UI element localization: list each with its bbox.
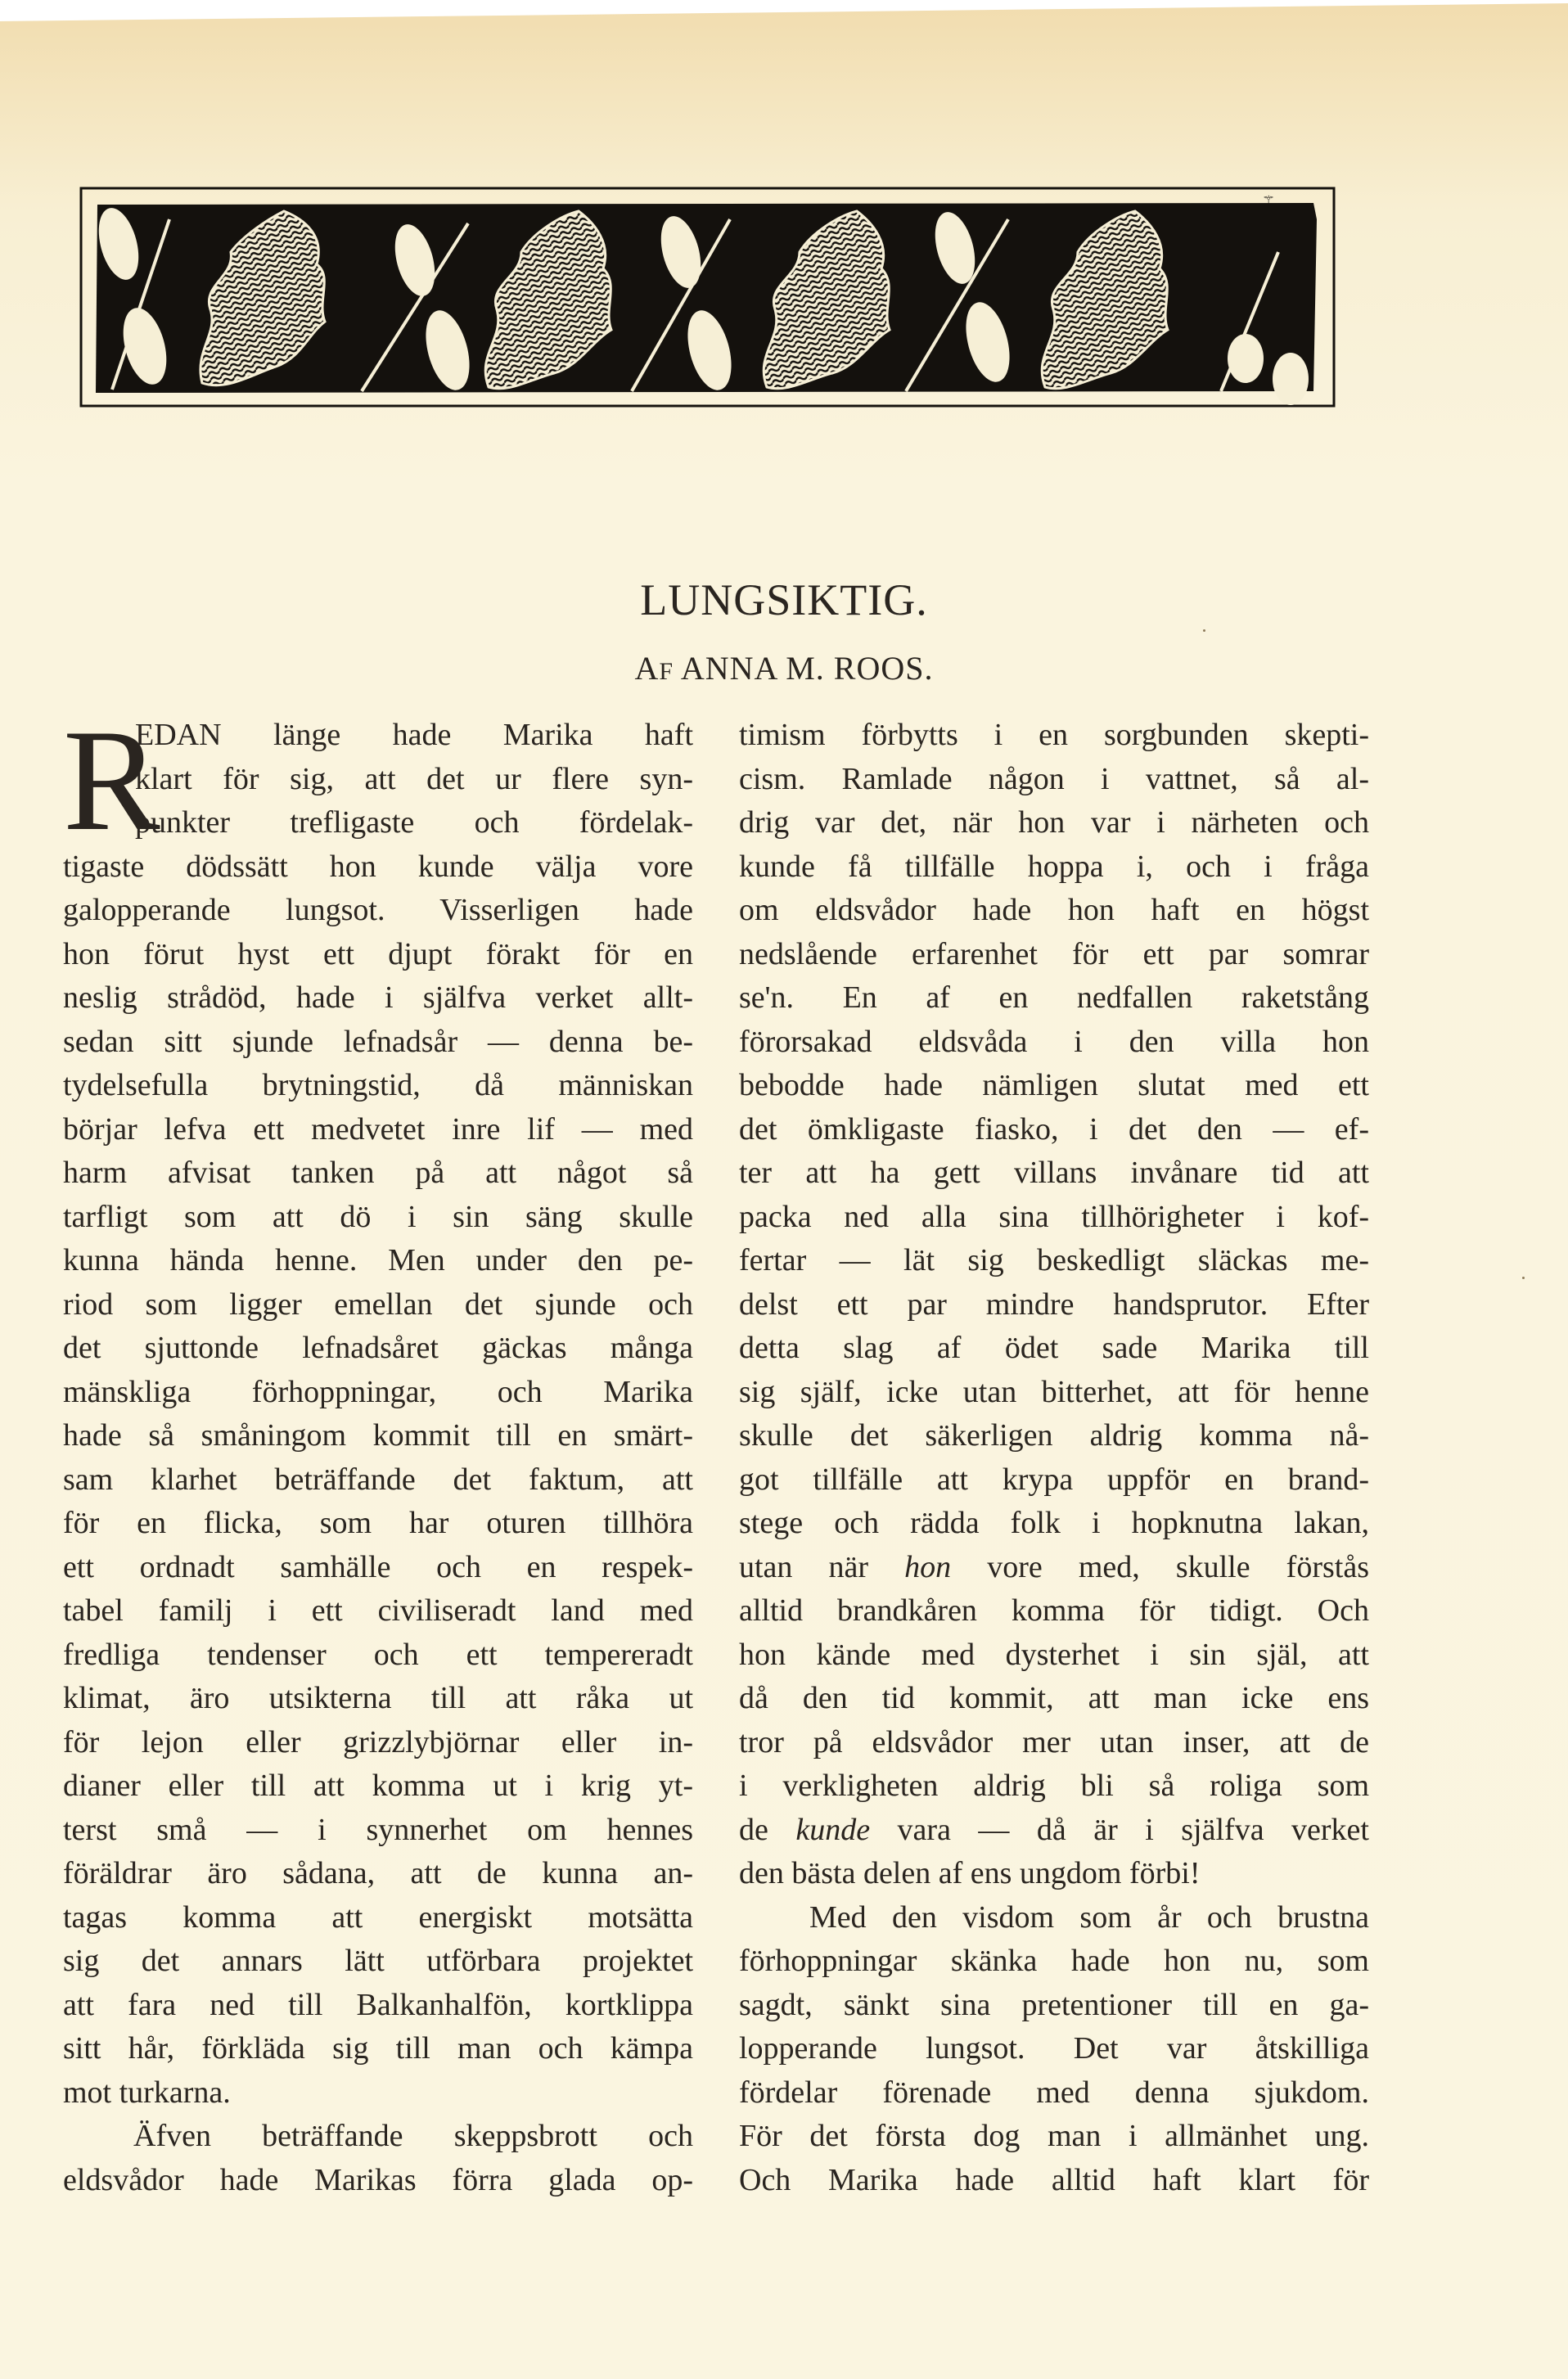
text-line: tydelsefulla brytningstid, då människan — [63, 1064, 693, 1108]
text-line: neslig strådöd, hade i själfva verket al… — [63, 976, 693, 1021]
text-line: stege och rädda folk i hopknutna lakan, — [739, 1502, 1369, 1546]
text-line: utan när hon vore med, skulle förstås — [739, 1546, 1369, 1590]
text-line: förorsakad eldsvåda i den villa hon — [739, 1021, 1369, 1065]
text-line: skulle det säkerligen aldrig komma nå- — [739, 1414, 1369, 1458]
text-line: om eldsvådor hade hon haft en högst — [739, 889, 1369, 933]
article-title: LUNGSIKTIG. — [0, 578, 1568, 622]
text-line: lopperande lungsot. Det var åtskilliga — [739, 2027, 1369, 2071]
emphasized-word: hon — [904, 1550, 951, 1584]
text-line: dianer eller till att komma ut i krig yt… — [63, 1764, 693, 1809]
text-line: fredliga tendenser och ett tempereradt — [63, 1633, 693, 1678]
text-line: hon kände med dysterhet i sin själ, att — [739, 1633, 1369, 1678]
text-line: hade så småningom kommit till en smärt- — [63, 1414, 693, 1458]
text-line: ett ordnadt samhälle och en respek- — [63, 1546, 693, 1590]
left-column: R EDAN länge hade Marika haftklart för s… — [63, 714, 693, 2202]
byline-prefix-rest: F — [659, 658, 674, 685]
text-line: timism förbytts i en sorgbunden skepti- — [739, 714, 1369, 758]
right-column: timism förbytts i en sorgbunden skepti-c… — [739, 714, 1369, 2202]
text-line: got tillfälle att krypa uppför en brand- — [739, 1458, 1369, 1503]
ornament-illustration-icon: ⚚ — [79, 187, 1336, 408]
text-line: det ömkligaste fiasko, i det den — ef- — [739, 1108, 1369, 1152]
text-line: sedan sitt sjunde lefnadsår — denna be- — [63, 1021, 693, 1065]
text-line: se'n. En af en nedfallen raketstång — [739, 976, 1369, 1021]
text-line: eldsvådor hade Marikas förra glada op- — [63, 2159, 693, 2203]
text-line: alltid brandkåren komma för tidigt. Och — [739, 1589, 1369, 1633]
paper-speck — [1522, 1277, 1525, 1279]
text-line: kunde få tillfälle hoppa i, och i fråga — [739, 845, 1369, 890]
right-column-lines: timism förbytts i en sorgbunden skepti-c… — [739, 714, 1369, 2202]
text-line: sitt hår, förkläda sig till man och kämp… — [63, 2027, 693, 2071]
text-line: sagdt, sänkt sina pretentioner till en g… — [739, 1984, 1369, 2028]
text-line: sam klarhet beträffande det faktum, att — [63, 1458, 693, 1503]
text-line: Äfven beträffande skeppsbrott och — [63, 2115, 693, 2159]
text-line: klimat, äro utsikterna till att råka ut — [63, 1677, 693, 1721]
text-line: för lejon eller grizzlybjörnar eller in- — [63, 1721, 693, 1765]
text-line: Med den visdom som år och brustna — [739, 1896, 1369, 1940]
paper-speck — [1203, 629, 1205, 632]
article-byline: AF ANNA M. ROOS. — [0, 652, 1568, 685]
text-line: förhoppningar skänka hade hon nu, som — [739, 1940, 1369, 1984]
drop-cap: R — [63, 719, 160, 841]
text-line: de kunde vara — då är i själfva verket — [739, 1809, 1369, 1853]
text-line: för en flicka, som har oturen tillhöra — [63, 1502, 693, 1546]
text-line: sig det annars lätt utförbara projektet — [63, 1940, 693, 1984]
text-line: börjar lefva ett medvetet inre lif — med — [63, 1108, 693, 1152]
text-line: drig var det, när hon var i närheten och — [739, 801, 1369, 845]
text-line: tarfligt som att dö i sin säng skulle — [63, 1196, 693, 1240]
left-column-lines: EDAN länge hade Marika haftklart för sig… — [63, 714, 693, 2202]
text-line: då den tid kommit, att man icke ens — [739, 1677, 1369, 1721]
text-line: För det första dog man i allmänhet ung. — [739, 2115, 1369, 2159]
text-line: det sjuttonde lefnadsåret gäckas många — [63, 1327, 693, 1371]
text-line: cism. Ramlade någon i vattnet, så al- — [739, 758, 1369, 802]
byline-prefix: A — [635, 650, 660, 687]
text-line: fördelar förenade med denna sjukdom. — [739, 2071, 1369, 2115]
text-line: föräldrar äro sådana, att de kunna an- — [63, 1852, 693, 1896]
text-line: tagas komma att energiskt motsätta — [63, 1896, 693, 1940]
ornament-monogram-icon: ⚚ — [1262, 193, 1275, 210]
acorn-oak-leaf-banner: ⚚ — [79, 187, 1336, 408]
text-line: att fara ned till Balkanhalfön, kortklip… — [63, 1984, 693, 2028]
byline-author: ANNA M. ROOS. — [681, 650, 934, 687]
text-line: sig själf, icke utan bitterhet, att för … — [739, 1371, 1369, 1415]
text-line: ter att ha gett villans invånare tid att — [739, 1151, 1369, 1196]
text-line: i verkligheten aldrig bli så roliga som — [739, 1764, 1369, 1809]
text-line: delst ett par mindre handsprutor. Efter — [739, 1283, 1369, 1327]
text-line: kunna hända henne. Men under den pe- — [63, 1239, 693, 1283]
text-line: harm afvisat tanken på att något så — [63, 1151, 693, 1196]
text-line: tabel familj i ett civiliseradt land med — [63, 1589, 693, 1633]
text-line: fertar — lät sig beskedligt släckas me- — [739, 1239, 1369, 1283]
text-line: packa ned alla sina tillhörigheter i kof… — [739, 1196, 1369, 1240]
text-line: Och Marika hade alltid haft klart för — [739, 2159, 1369, 2203]
text-line: galopperande lungsot. Visserligen hade — [63, 889, 693, 933]
text-line: tror på eldsvådor mer utan inser, att de — [739, 1721, 1369, 1765]
text-line: terst små — i synnerhet om hennes — [63, 1809, 693, 1853]
text-line: mänskliga förhoppningar, och Marika — [63, 1371, 693, 1415]
text-line: mot turkarna. — [63, 2071, 693, 2115]
text-line: hon förut hyst ett djupt förakt för en — [63, 933, 693, 977]
text-line: bebodde hade nämligen slutat med ett — [739, 1064, 1369, 1108]
emphasized-word: kunde — [795, 1813, 870, 1847]
text-line: den bästa delen af ens ungdom förbi! — [739, 1852, 1369, 1896]
text-line: detta slag af ödet sade Marika till — [739, 1327, 1369, 1371]
text-line: riod som ligger emellan det sjunde och — [63, 1283, 693, 1327]
text-line: nedslående erfarenhet för ett par somrar — [739, 933, 1369, 977]
